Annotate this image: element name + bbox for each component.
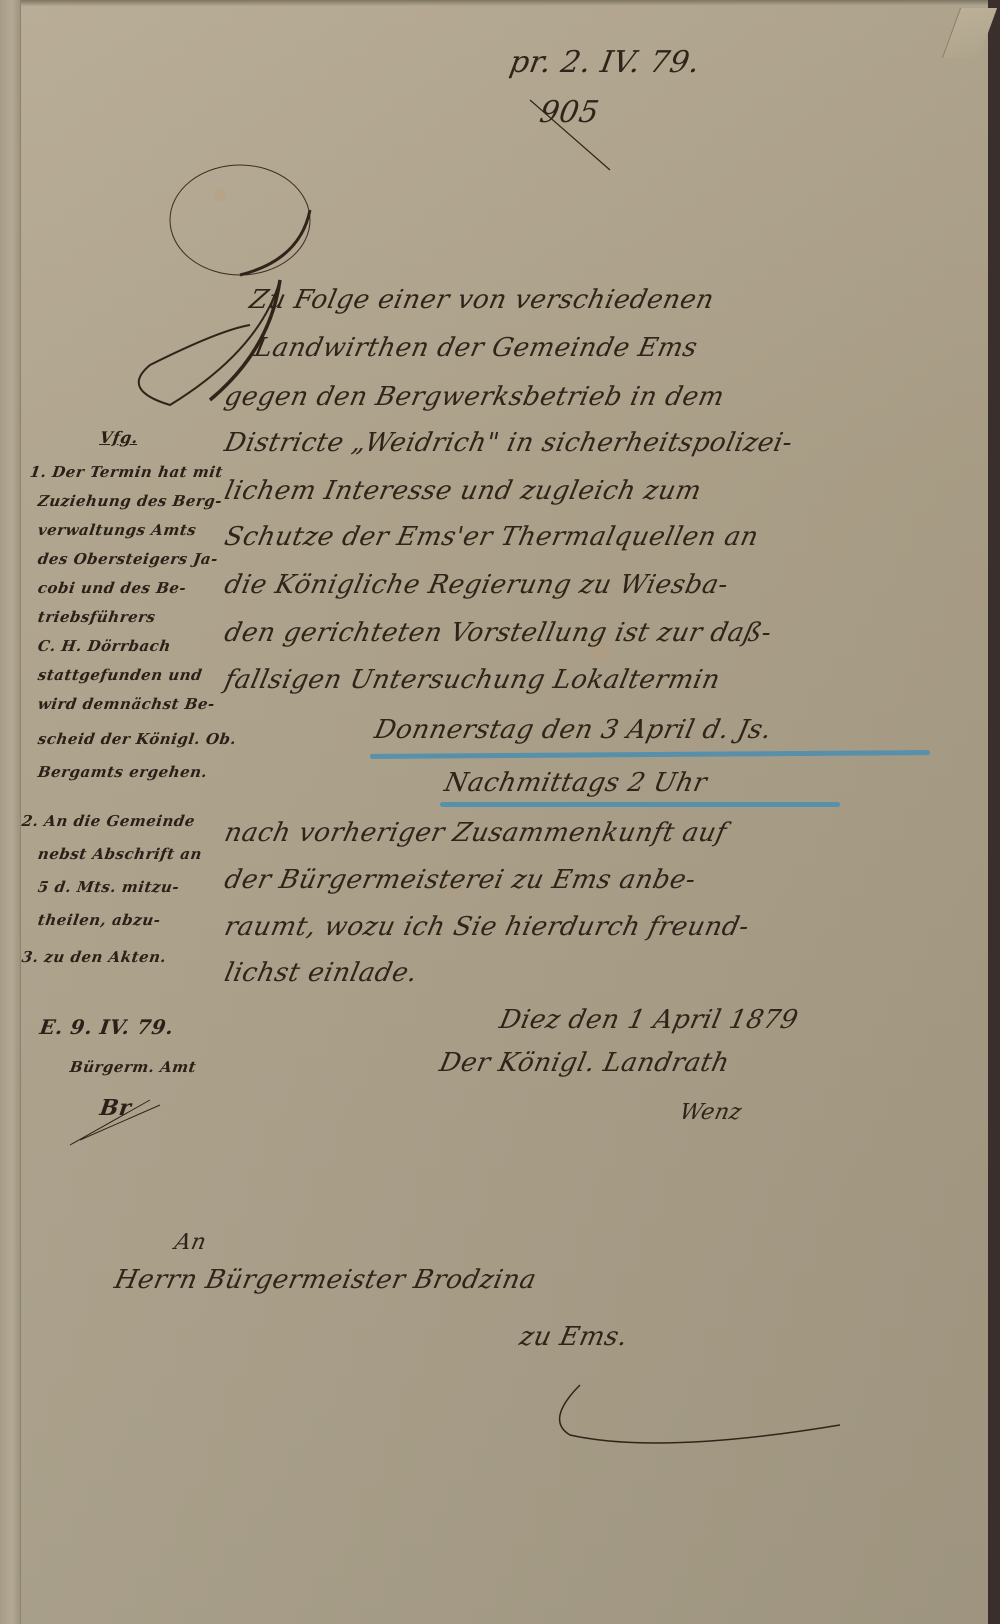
sender-title: Der Königl. Landrath — [437, 1048, 733, 1078]
decorative-initial-z — [110, 150, 370, 410]
margin-date: E. 9. IV. 79. — [38, 1015, 175, 1039]
body-line: lichst einlade. — [222, 958, 420, 988]
body-line: Districte „Weidrich" in sicherheitspoliz… — [222, 428, 795, 458]
margin-line: wird demnächst Be- — [37, 695, 216, 713]
body-line: die Königliche Regierung zu Wiesba- — [222, 570, 731, 600]
margin-line: cobi und des Be- — [37, 579, 188, 597]
margin-line: des Obersteigers Ja- — [37, 550, 219, 568]
margin-line: 2. An die Gemeinde — [21, 812, 197, 830]
margin-heading: Vfg. — [99, 428, 140, 447]
sender-signature: Wenz — [677, 1100, 744, 1125]
body-line: lichem Interesse und zugleich zum — [222, 476, 704, 506]
place-date: Diez den 1 April 1879 — [497, 1005, 801, 1035]
margin-line: 3. zu den Akten. — [21, 948, 168, 966]
body-line: den gerichteten Vorstellung ist zur daß- — [222, 618, 775, 648]
page-right-border — [988, 0, 1000, 1624]
margin-line: C. H. Dörrbach — [37, 637, 172, 655]
margin-line: triebsführers — [37, 608, 157, 626]
address-salutation: An — [172, 1230, 208, 1255]
body-line: nach vorheriger Zusammenkunft auf — [222, 818, 730, 848]
body-line: Landwirthen der Gemeinde Ems — [252, 333, 700, 363]
page-top-edge — [0, 0, 1000, 6]
address-flourish — [540, 1380, 840, 1460]
margin-line: 1. Der Termin hat mit — [29, 463, 224, 481]
page-binding-edge — [0, 0, 21, 1624]
body-line: fallsigen Untersuchung Lokaltermin — [222, 665, 723, 695]
margin-line: Zuziehung des Berg- — [37, 492, 224, 510]
margin-line: scheid der Königl. Ob. — [37, 730, 238, 748]
received-note: pr. 2. IV. 79. — [507, 45, 703, 80]
initials-flourish — [60, 1080, 180, 1150]
body-line: Schutze der Ems'er Thermalquellen an — [222, 522, 761, 552]
document-page: pr. 2. IV. 79. 905 Zu Folge einer von ve… — [0, 0, 1000, 1624]
margin-line: 5 d. Mts. mitzu- — [37, 878, 181, 896]
margin-office: Bürgerm. Amt — [69, 1058, 198, 1076]
address-recipient: Herrn Bürgermeister Brodzina — [112, 1265, 539, 1295]
blue-underline-date — [370, 750, 930, 759]
margin-line: stattgefunden und — [37, 666, 204, 684]
strike-through-mark — [520, 95, 620, 175]
body-line: raumt, wozu ich Sie hierdurch freund- — [222, 912, 752, 942]
body-line: Zu Folge einer von verschiedenen — [247, 285, 717, 315]
margin-line: verwaltungs Amts — [37, 521, 198, 539]
margin-line: Bergamts ergehen. — [37, 763, 209, 781]
address-location: zu Ems. — [517, 1322, 631, 1352]
body-line: gegen den Bergwerksbetrieb in dem — [222, 382, 727, 412]
margin-line: nebst Abschrift an — [37, 845, 204, 863]
body-line-meeting-date: Donnerstag den 3 April d. Js. — [372, 715, 775, 745]
margin-line: theilen, abzu- — [37, 911, 162, 929]
blue-underline-time — [440, 802, 840, 807]
body-line: der Bürgermeisterei zu Ems anbe- — [222, 865, 699, 895]
body-line-meeting-time: Nachmittags 2 Uhr — [442, 768, 710, 798]
